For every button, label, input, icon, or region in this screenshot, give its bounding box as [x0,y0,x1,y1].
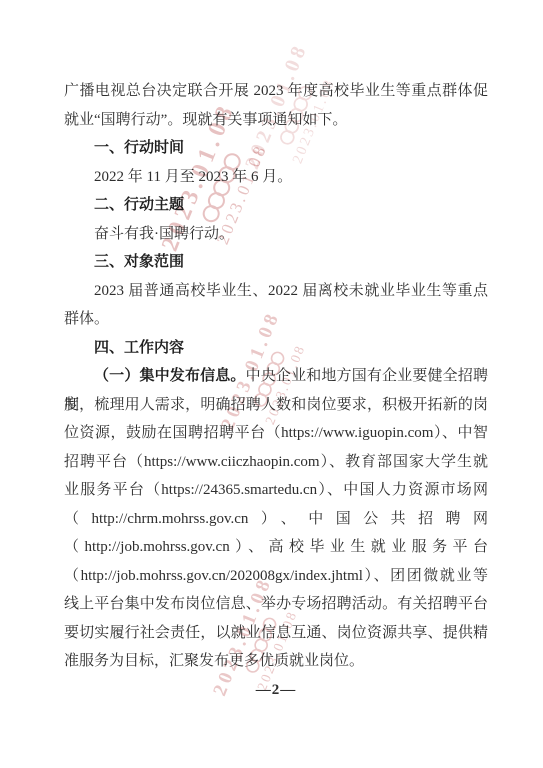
body-line: 招聘平台（https://www.ciiczhaopin.com）、教育部国家大… [64,448,488,477]
body-line: （http://chrm.mohrss.gov.cn）、中国公共招聘网 [64,505,488,534]
body-line: 就业“国聘行动”。现就有关事项通知如下。 [64,106,488,135]
section-heading: 一、行动时间 [64,134,488,163]
body-line: （一）集中发布信息。中央企业和地方国有企业要健全招聘制 [64,362,488,391]
section-heading: 四、工作内容 [64,334,488,363]
body-line: 奋斗有我·国聘行动。 [64,220,488,249]
section-heading: 二、行动主题 [64,191,488,220]
section-heading: 三、对象范围 [64,248,488,277]
page-number: —2— [64,676,488,704]
body-line: 准服务为目标，汇聚发布更多优质就业岗位。 [64,647,488,676]
body-line: 要切实履行社会责任，以就业信息互通、岗位资源共享、提供精 [64,619,488,648]
body-line: 群体。 [64,305,488,334]
body-line: 2022 年 11 月至 2023 年 6 月。 [64,163,488,192]
body-line: （http://job.mohrss.gov.cn/202008gx/index… [64,562,488,591]
body-line: （http://job.mohrss.gov.cn）、高校毕业生就业服务平台 [64,533,488,562]
body-line: 广播电视总台决定联合开展 2023 年度高校毕业生等重点群体促 [64,77,488,106]
body-line: 度，梳理用人需求，明确招聘人数和岗位要求，积极开拓新的岗 [64,391,488,420]
document-page: 2023.01.08 2023.01.08 2023.01.08 2023.01… [0,0,543,768]
body-line: 线上平台集中发布岗位信息、举办专场招聘活动。有关招聘平台 [64,590,488,619]
body-line: 业服务平台（https://24365.smartedu.cn）、中国人力资源市… [64,476,488,505]
body-line: 位资源，鼓励在国聘招聘平台（https://www.iguopin.com）、中… [64,419,488,448]
body-line: 2023 届普通高校毕业生、2022 届离校未就业毕业生等重点 [64,277,488,306]
item-lead-label: （一）集中发布信息。 [94,367,246,384]
document-body: 广播电视总台决定联合开展 2023 年度高校毕业生等重点群体促 就业“国聘行动”… [64,77,488,676]
